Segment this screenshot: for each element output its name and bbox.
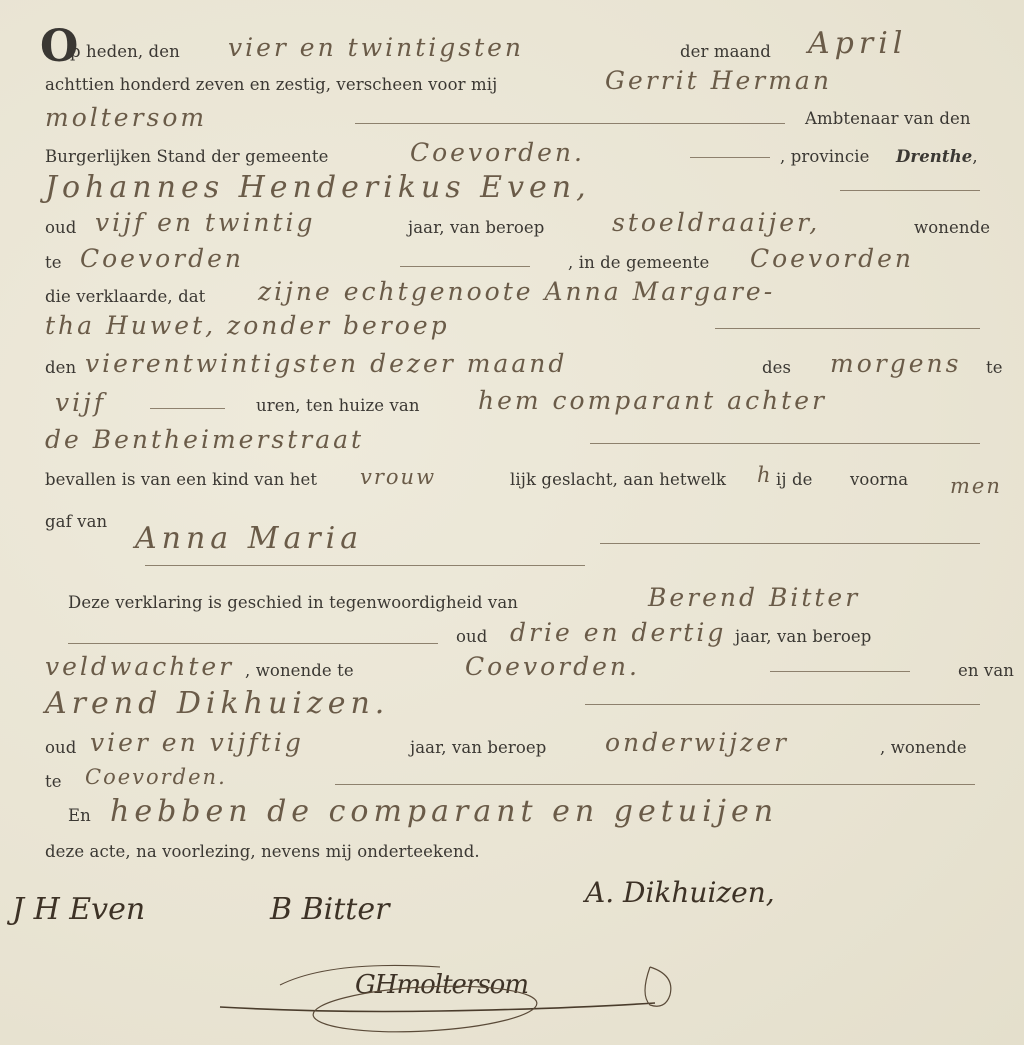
printed-text: , in de gemeente (568, 253, 709, 272)
printed-text: jaar, van beroep (408, 218, 544, 237)
handwritten-mother-2: tha Huwet, zonder beroep (45, 311, 450, 340)
handwritten-closing: hebben de comparant en getuijen (110, 794, 778, 829)
printed-text: en van (958, 661, 1014, 680)
handwritten-month: April (808, 26, 907, 61)
printed-text: Deze verklaring is geschied in tegenwoor… (68, 593, 518, 612)
handwritten-witness2-town: Coevorden. (85, 765, 227, 789)
handwritten-father-name: Johannes Henderikus Even, (45, 170, 591, 205)
printed-text: te (986, 358, 1003, 377)
printed-text: uren, ten huize van (256, 396, 420, 415)
handwritten-father-municipality: Coevorden (750, 244, 914, 273)
handwritten-father-town: Coevorden (80, 244, 244, 273)
printed-text: den (45, 358, 76, 377)
handwritten-municipality: Coevorden. (410, 138, 585, 167)
handwritten-father-age: vijf en twintig (95, 208, 316, 237)
handwritten-birth-day: vierentwintigsten dezer maand (85, 349, 567, 378)
handwritten-father-job: stoeldraaijer, (612, 208, 820, 237)
printed-text: , provincie (780, 147, 869, 166)
handwritten-name-suffix: men (950, 474, 1002, 498)
handwritten-place-1: hem comparant achter (478, 386, 827, 415)
printed-text: voorna (850, 470, 908, 489)
official-signature-flourish (210, 955, 690, 1035)
handwritten-witness1: Berend Bitter (648, 583, 860, 612)
handwritten-place-2: de Bentheimerstraat (45, 425, 364, 454)
printed-text: die verklaarde, dat (45, 287, 205, 306)
printed-text: wonende (914, 218, 990, 237)
handwritten-witness2: Arend Dikhuizen. (45, 686, 389, 721)
printed-text: En (68, 806, 91, 825)
printed-text: Burgerlijken Stand der gemeente (45, 147, 328, 166)
printed-text: oud (45, 218, 76, 237)
birth-certificate-page: O p heden, den vier en twintigsten der m… (0, 0, 1024, 1045)
signature-witness2: A. Dikhuizen, (585, 876, 775, 909)
printed-text: der maand (680, 42, 771, 61)
handwritten-official-last: moltersom (45, 103, 207, 132)
printed-text: , wonende te (245, 661, 354, 680)
printed-text: oud (45, 738, 76, 757)
printed-text: p heden, den (70, 42, 180, 61)
printed-text: deze acte, na voorlezing, nevens mij ond… (45, 842, 480, 861)
printed-text: jaar, van beroep (410, 738, 546, 757)
printed-text: des (762, 358, 791, 377)
handwritten-witness1-age: drie en dertig (510, 618, 726, 647)
printed-text: te (45, 772, 62, 791)
printed-text: oud (456, 627, 487, 646)
printed-text: ij de (776, 470, 812, 489)
handwritten-witness2-age: vier en vijftig (90, 728, 304, 757)
handwritten-day: vier en twintigsten (228, 33, 524, 62)
signature-father: J H Even (12, 892, 145, 927)
handwritten-hour: vijf (55, 388, 106, 417)
handwritten-witness1-town: Coevorden. (465, 652, 640, 681)
signature-witness1: B Bitter (270, 892, 389, 927)
province-name: Drenthe, (896, 147, 978, 166)
printed-text: , wonende (880, 738, 967, 757)
printed-text: jaar, van beroep (735, 627, 871, 646)
printed-text: Ambtenaar van den (805, 109, 971, 128)
handwritten-sex: vrouw (360, 465, 436, 489)
handwritten-mother-1: zijne echtgenoote Anna Margare- (258, 277, 775, 306)
handwritten-official-first: Gerrit Herman (605, 66, 832, 95)
printed-text: lijk geslacht, aan hetwelk (510, 470, 726, 489)
printed-text: bevallen is van een kind van het (45, 470, 317, 489)
handwritten-witness1-job: veldwachter (45, 652, 234, 681)
handwritten-time-of-day: morgens (830, 349, 961, 378)
printed-text: gaf van (45, 512, 107, 531)
printed-text: te (45, 253, 62, 272)
handwritten-child-name: Anna Maria (135, 521, 363, 556)
handwritten-pronoun: h (757, 463, 773, 487)
printed-text: achttien honderd zeven en zestig, versch… (45, 75, 497, 94)
handwritten-witness2-job: onderwijzer (605, 728, 789, 757)
